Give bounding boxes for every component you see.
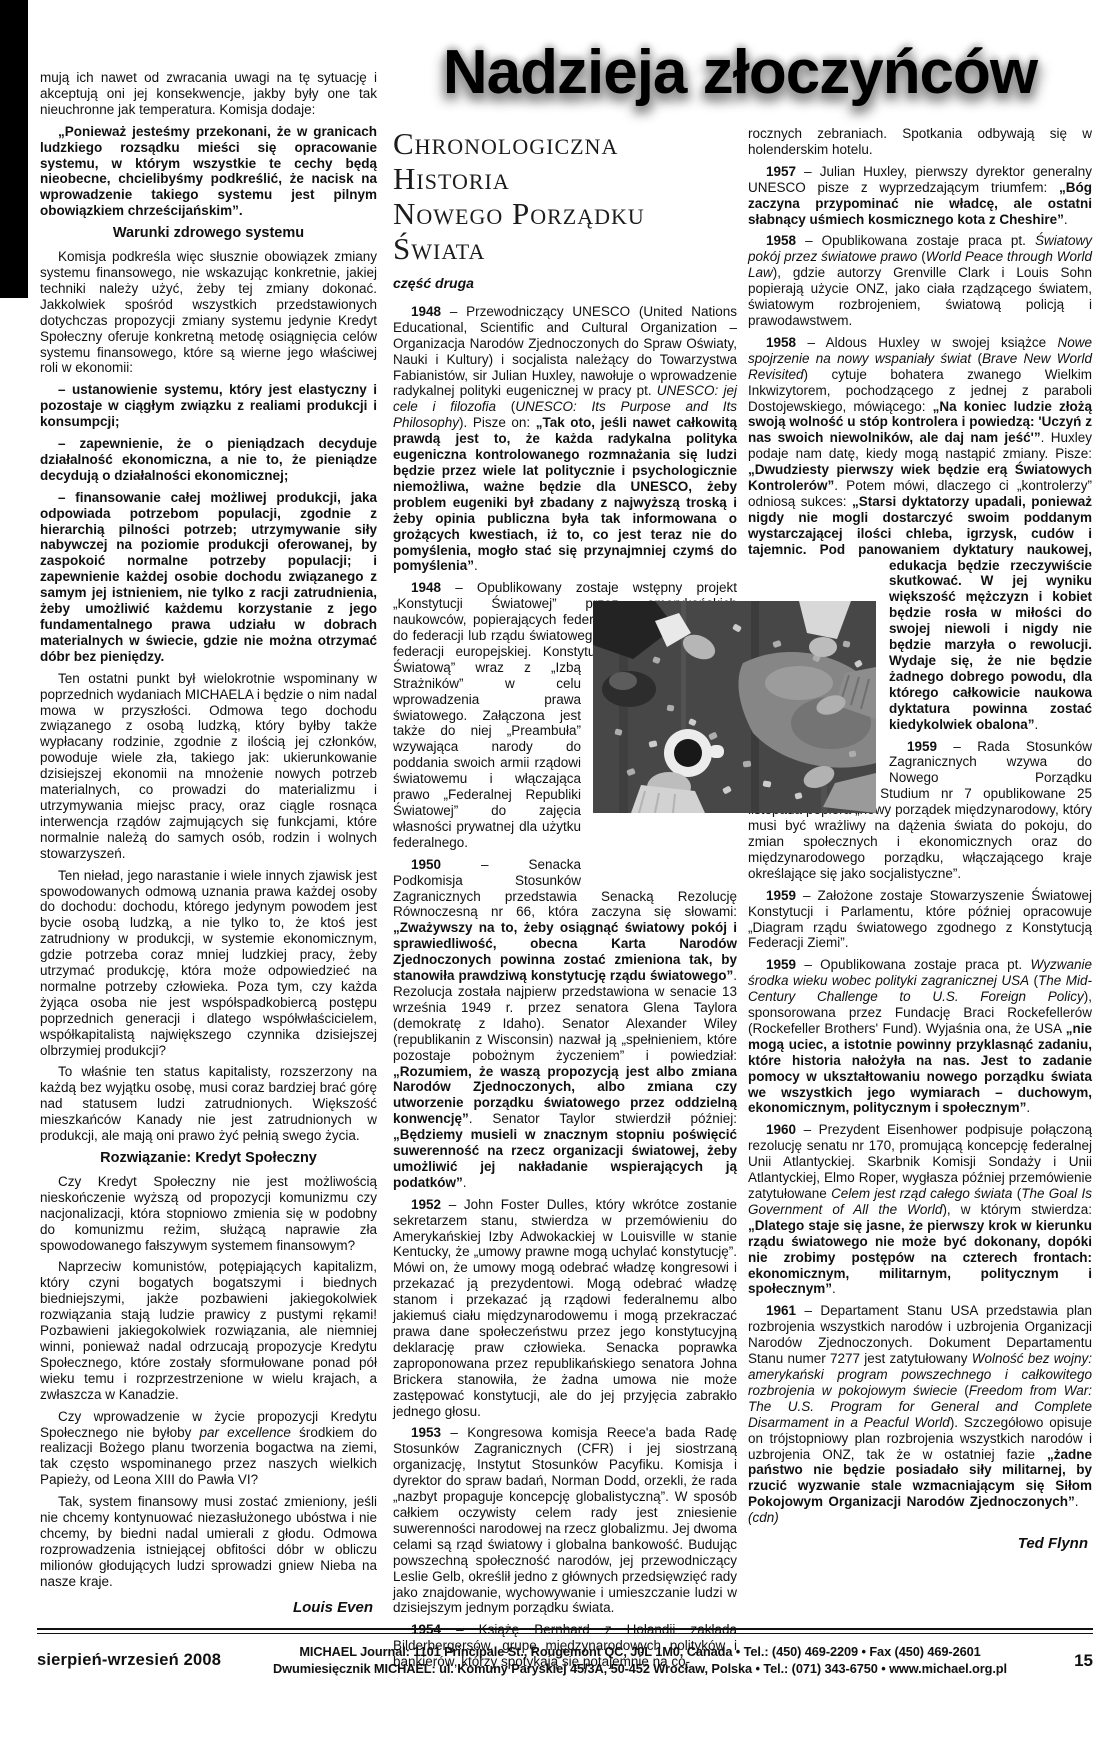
text-run: ( <box>917 249 925 264</box>
text-run: „Ponieważ jesteśmy przekonani, że w gran… <box>40 124 377 219</box>
text-run: To właśnie ten status kapitalisty, rozsz… <box>40 1064 377 1143</box>
entry-1959-stowarzyszenie: 1959 – Założone zostaje Stowarzyszenie Ś… <box>748 888 1092 952</box>
left-article-column: mują ich nawet od zwracania uwagi na tę … <box>40 70 377 1615</box>
paragraph-par-excellence: Czy wprowadzenie w życie propozycji Kred… <box>40 1409 377 1489</box>
author-signature: Ted Flynn <box>748 1536 1092 1552</box>
text-run: mują ich nawet od zwracania uwagi na tę … <box>40 70 377 117</box>
text-run: Celem jest rząd całego świata <box>831 1186 1012 1201</box>
page-number: 15 <box>1023 1643 1093 1671</box>
text-run: ( <box>957 1383 968 1398</box>
entry-1950: 1950 – Senacka Podkomisja Stosunków Zagr… <box>393 857 737 1191</box>
text-run: 1958 <box>766 233 796 248</box>
text-run: „Będziemy musieli w znacznym stopniu poś… <box>393 1127 737 1190</box>
text-run: ( <box>971 351 982 366</box>
entry-1958-world-law: 1958 – Opublikowana zostaje praca pt. Św… <box>748 233 1092 328</box>
entry-1961: 1961 – Departament Stanu USA przedstawia… <box>748 1303 1092 1526</box>
chronology-body-first: 1948 – Przewodniczący UNESCO (United Nat… <box>393 304 737 1670</box>
masthead: Nadzieja złoczyńców <box>390 24 1090 120</box>
article-column-right: rocznych zebraniach. Spotkania odbywają … <box>748 126 1092 1552</box>
paragraph-komisja: Komisja podkreśla więc słusznie obowiąze… <box>40 249 377 376</box>
article-column-middle: Chronologiczna Historia Nowego Porządku … <box>393 126 737 1676</box>
text-run: 1959 <box>766 888 796 903</box>
text-run: ), w którym stwierdza: <box>942 1202 1092 1217</box>
chronology-heading-line1: Chronologiczna Historia <box>393 126 737 196</box>
text-run: 1959 <box>907 739 937 754</box>
text-run: – Założone zostaje Stowarzyszenie Świato… <box>748 888 1092 951</box>
text-run: ( <box>1012 1186 1021 1201</box>
publisher-info: MICHAEL Journal: 1101 Principale St., Ro… <box>257 1643 1023 1677</box>
section-heading: Warunki zdrowego systemu <box>40 226 377 242</box>
text-run: – ustanowienie systemu, który jest elast… <box>40 382 377 429</box>
text-run: . <box>463 1175 467 1190</box>
publisher-address-line2: Dwumiesięcznik MICHAEL: ul. Komuny Parys… <box>257 1660 1023 1677</box>
list-item-1: – ustanowienie systemu, który jest elast… <box>40 382 377 430</box>
text-run: (cdn) <box>748 1510 779 1525</box>
text-run: 1958 <box>766 335 796 350</box>
text-run: ). Pisze on: <box>459 415 536 430</box>
text-run: – zapewnienie, że o pieniądzach decyduje… <box>40 436 377 483</box>
paragraph-nielad: Ten nieład, jego narastanie i wiele inny… <box>40 868 377 1059</box>
puzzle-photo <box>593 601 876 813</box>
text-run: ), gdzie autorzy Grenville Clark i Louis… <box>748 265 1092 328</box>
text-run: „Dlatego staje się jasne, że pierwszy kr… <box>748 1218 1092 1297</box>
text-run: . <box>1026 1100 1030 1115</box>
text-run: „Tak oto, jeśli nawet całkowitą prawdą j… <box>393 415 737 573</box>
text-run: Ten ostatni punkt był wielokrotnie wspom… <box>40 671 377 861</box>
article-title: Nadzieja złoczyńców <box>443 37 1037 108</box>
text-run: Naprzeciw komunistów, potępiających kapi… <box>40 1259 377 1401</box>
text-run: Tak, system finansowy musi zostać zmieni… <box>40 1494 377 1589</box>
page-footer: sierpień-wrzesień 2008 MICHAEL Journal: … <box>37 1628 1093 1677</box>
entry-1954-continuation: rocznych zebraniach. Spotkania odbywają … <box>748 126 1092 158</box>
text-run: 1950 <box>411 857 441 872</box>
list-item-2: – zapewnienie, że o pieniądzach decyduje… <box>40 436 377 484</box>
paragraph-naprzeciw: Naprzeciw komunistów, potępiających kapi… <box>40 1259 377 1402</box>
text-run: Czy Kredyt Społeczny nie jest możliwości… <box>40 1174 377 1253</box>
text-run: – Opublikowana zostaje praca pt. <box>796 957 1030 972</box>
text-run: 1953 <box>411 1425 441 1440</box>
text-run: ( <box>496 399 515 414</box>
section-heading: Rozwiązanie: Kredyt Społeczny <box>40 1151 377 1167</box>
text-run: 1961 <box>766 1303 796 1318</box>
text-run: – Opublikowana zostaje praca pt. <box>796 233 1035 248</box>
text-run: Ten nieład, jego narastanie i wiele inny… <box>40 868 377 1058</box>
text-run: Komisja podkreśla więc słusznie obowiąze… <box>40 249 377 375</box>
text-run: 1948 <box>411 580 441 595</box>
footer-rule <box>37 1628 1093 1634</box>
text-run: 1952 <box>411 1197 441 1212</box>
text-run: 1957 <box>766 164 796 179</box>
text-run: . <box>1035 717 1039 732</box>
entry-1952: 1952 – John Foster Dulles, który wkrótce… <box>393 1197 737 1420</box>
text-run: – Aldous Huxley w swojej książce <box>796 335 1057 350</box>
part-label: część druga <box>393 276 737 292</box>
text-run: – Julian Huxley, pierwszy dyrektor gener… <box>748 164 1092 195</box>
list-item-3: – finansowanie całej możliwej produkcji,… <box>40 490 377 665</box>
paragraph-commission-quote: „Ponieważ jesteśmy przekonani, że w gran… <box>40 124 377 219</box>
page-edge-bar <box>0 0 28 298</box>
text-run: – finansowanie całej możliwej produkcji,… <box>40 490 377 664</box>
paragraph-tak-system: Tak, system finansowy musi zostać zmieni… <box>40 1494 377 1589</box>
text-run: ( <box>1029 973 1038 988</box>
entry-1960: 1960 – Prezydent Eisenhower podpisuje po… <box>748 1122 1092 1297</box>
text-run: . <box>474 558 478 573</box>
chronology-heading-line2: Nowego Porządku Świata <box>393 196 737 266</box>
paragraph-kredyt: Czy Kredyt Społeczny nie jest możliwości… <box>40 1174 377 1254</box>
text-run: – John Foster Dulles, który wkrótce zost… <box>393 1197 737 1419</box>
text-run: rzeczywiście skutkować. W jej wyniku wię… <box>889 558 1092 732</box>
text-run: . <box>1075 1494 1092 1509</box>
paragraph-dochod: Ten ostatni punkt był wielokrotnie wspom… <box>40 671 377 862</box>
text-run: „Zważywszy na to, żeby osiągnąć światowy… <box>393 920 737 983</box>
text-run: . Senator Taylor stwierdził później: <box>469 1111 737 1126</box>
chronology-heading: Chronologiczna Historia Nowego Porządku … <box>393 126 737 266</box>
text-run: . <box>832 1281 836 1296</box>
paragraph-continuation: mują ich nawet od zwracania uwagi na tę … <box>40 70 377 118</box>
text-run: rocznych zebraniach. Spotkania odbywają … <box>748 126 1092 157</box>
entry-1957: 1957 – Julian Huxley, pierwszy dyrektor … <box>748 164 1092 228</box>
text-run: – Kongresowa komisja Reece'a bada Radę S… <box>393 1425 737 1615</box>
text-run: . <box>1064 212 1068 227</box>
entry-1959-rockefeller: 1959 – Opublikowana zostaje praca pt. Wy… <box>748 957 1092 1116</box>
puzzle-photo-graphic <box>593 601 876 813</box>
entry-1948-unesco: 1948 – Przewodniczący UNESCO (United Nat… <box>393 304 737 574</box>
author-signature: Louis Even <box>40 1600 377 1616</box>
paragraph-status: To właśnie ten status kapitalisty, rozsz… <box>40 1064 377 1144</box>
text-run: 1948 <box>411 304 441 319</box>
issue-date: sierpień-wrzesień 2008 <box>37 1643 257 1670</box>
text-run: par excellence <box>200 1425 291 1440</box>
text-run: 1960 <box>766 1122 796 1137</box>
publisher-address-line1: MICHAEL Journal: 1101 Principale St., Ro… <box>257 1643 1023 1660</box>
entry-1953: 1953 – Kongresowa komisja Reece'a bada R… <box>393 1425 737 1616</box>
text-run: 1959 <box>766 957 796 972</box>
